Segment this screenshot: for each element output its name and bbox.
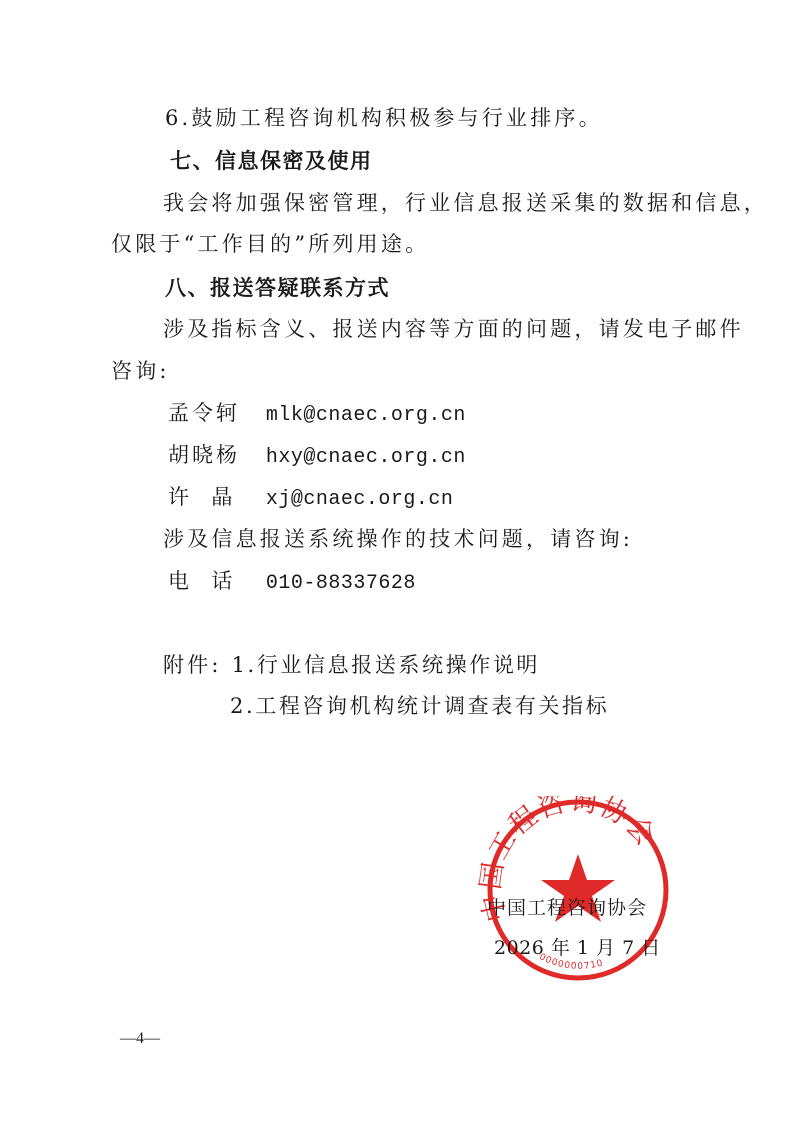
section-8-heading: 八、报送答疑联系方式 [165,274,390,302]
tech-support-line: 涉及信息报送系统操作的技术问题，请咨询: [163,525,633,553]
contact-email[interactable]: xj@cnaec.org.cn [266,488,454,511]
signer-organization: 中国工程咨询协会 [487,893,647,920]
phone-row: 电 话 010-88337628 [168,567,416,598]
phone-number: 010-88337628 [266,572,416,595]
attachment-item: 1.行业信息报送系统操作说明 [232,653,540,677]
contact-row: 许 晶 xj@cnaec.org.cn [168,483,453,514]
attachments-row: 附件: 1.行业信息报送系统操作说明 [163,651,540,679]
item-6: 6.鼓励工程咨询机构积极参与行业排序。 [165,104,603,132]
section-7-paragraph-line2: 仅限于“工作目的”所列用途。 [111,230,429,258]
contact-row: 胡晓杨 hxy@cnaec.org.cn [168,441,466,472]
section-8-intro-line2: 咨询: [111,357,170,385]
contact-email[interactable]: hxy@cnaec.org.cn [266,446,466,469]
signature-date: 2026 年 1 月 7 日 [494,933,661,960]
contact-email[interactable]: mlk@cnaec.org.cn [266,404,466,427]
contact-name: 许 晶 [168,483,256,511]
attachments-label: 附件: [163,653,222,677]
section-8-intro-line1: 涉及指标含义、报送内容等方面的问题，请发电子邮件 [163,315,744,343]
phone-label: 电 话 [168,567,256,595]
contact-name: 孟令轲 [168,399,256,427]
section-7-heading: 七、信息保密及使用 [170,147,373,175]
contact-name: 胡晓杨 [168,441,256,469]
attachment-item: 2.工程咨询机构统计调查表有关指标 [230,692,609,720]
contact-row: 孟令轲 mlk@cnaec.org.cn [168,399,466,430]
section-7-paragraph-line1: 我会将加强保密管理，行业信息报送采集的数据和信息， [163,189,768,217]
page-number: —4— [120,1030,160,1048]
